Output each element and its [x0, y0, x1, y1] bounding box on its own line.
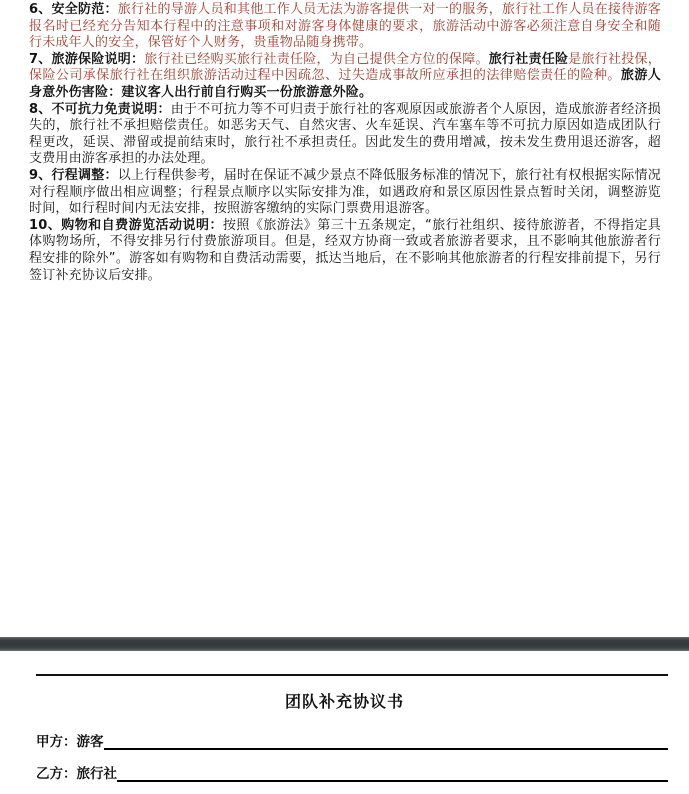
clause-8: 8、不可抗力免责说明：由于不可抗力等不可归责于旅行社的客观原因或旅游者个人原因，…: [29, 102, 661, 168]
text-run: 旅行社责任险: [489, 52, 569, 67]
document-viewport: { "colors": { "red_text": "#a23a2b", "bl…: [0, 0, 689, 794]
text-run: 8、不可抗力免责说明：: [29, 102, 171, 117]
party-b-signature-line[interactable]: [117, 766, 668, 782]
contract-clauses: 6、安全防范：旅行社的导游人员和其他工作人员无法为游客提供一对一的服务，旅行社工…: [29, 2, 661, 284]
clause-6: 6、安全防范：旅行社的导游人员和其他工作人员无法为游客提供一对一的服务，旅行社工…: [29, 2, 661, 52]
page-2: 团队补充协议书 甲方：游客 乙方：旅行社: [0, 651, 689, 794]
text-run: 7、旅游保险说明：: [29, 52, 144, 67]
page-separator: [0, 637, 689, 651]
page2-top-rule: [36, 674, 668, 676]
party-a-row: 甲方：游客: [36, 735, 668, 750]
agreement-title: 团队补充协议书: [0, 689, 689, 712]
text-run: 10、购物和自费游览活动说明：: [29, 218, 223, 233]
clause-7: 7、旅游保险说明：旅行社已经购买旅行社责任险，为自己提供全方位的保障。旅行社责任…: [29, 52, 661, 102]
text-run: 以上行程供参考，届时在保证不减少景点不降低服务标准的情况下，旅行社有权根据实际情…: [29, 168, 661, 216]
party-a-label: 甲方：游客: [36, 730, 104, 750]
party-b-label: 乙方：旅行社: [36, 762, 117, 782]
party-a-signature-line[interactable]: [104, 734, 669, 750]
page-1: 6、安全防范：旅行社的导游人员和其他工作人员无法为游客提供一对一的服务，旅行社工…: [0, 0, 689, 637]
party-b-row: 乙方：旅行社: [36, 767, 668, 782]
clause-9: 9、行程调整：以上行程供参考，届时在保证不减少景点不降低服务标准的情况下，旅行社…: [29, 168, 661, 218]
text-run: 旅行社已经购买旅行社责任险，为自己提供全方位的保障。: [144, 52, 489, 67]
text-run: 9、行程调整：: [29, 168, 118, 183]
text-run: 6、安全防范：: [29, 2, 118, 17]
clause-10: 10、购物和自费游览活动说明：按照《旅游法》第三十五条规定，“旅行社组织、接待旅…: [29, 218, 661, 284]
text-run: 旅行社的导游人员和其他工作人员无法为游客提供一对一的服务，旅行社工作人员在接待游…: [29, 2, 661, 50]
